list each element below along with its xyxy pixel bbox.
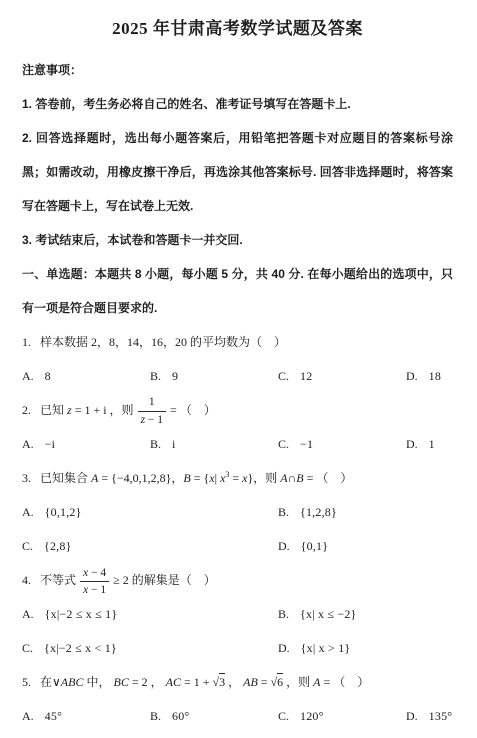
- notice-section: 注意事项： 1. 答卷前，考生务必将自己的姓名、准考证号填写在答题卡上. 2. …: [22, 53, 453, 257]
- option-text: {x|−2 ≤ x < 1}: [44, 641, 117, 655]
- math-variable: ABC: [61, 675, 84, 689]
- stem-text: 中，: [83, 675, 113, 689]
- fraction-numerator: 1: [138, 395, 166, 411]
- stem-text: 已知集合: [40, 471, 91, 485]
- math-fraction: 1z − 1: [138, 395, 166, 427]
- stem-text: ，: [225, 675, 243, 689]
- option-label: B.: [150, 369, 161, 383]
- option-row: A.{x|−2 ≤ x ≤ 1}B.{x| x ≤ −2}C.{x|−2 ≤ x…: [22, 597, 453, 665]
- question-2: 2.已知 z = 1 + i ，则1z − 1= （ ）A.−iB.iC.−1D…: [22, 393, 453, 461]
- fraction-denominator: x − 1: [80, 582, 109, 597]
- option-text: 1: [429, 437, 435, 451]
- option: B.{x| x ≤ −2}: [278, 597, 453, 631]
- stem-text: =: [258, 675, 271, 689]
- option-label: D.: [406, 437, 418, 451]
- option-text: 60°: [172, 709, 189, 723]
- option-label: D.: [406, 369, 418, 383]
- option-text: 135°: [429, 709, 453, 723]
- option: D.{x| x > 1}: [278, 631, 453, 665]
- notice-item-2: 2. 回答选择题时，选出每小题答案后，用铅笔把答题卡对应题目的答案标号涂黑；如需…: [22, 121, 453, 223]
- option-label: A.: [22, 607, 34, 621]
- math-variable: BC: [113, 675, 128, 689]
- option-text: −i: [45, 437, 56, 451]
- option-row: A.8B.9C.12D.18: [22, 359, 453, 393]
- stem-text: }，则: [247, 471, 280, 485]
- option-text: {x|−2 ≤ x ≤ 1}: [45, 607, 118, 621]
- math-variable: AB: [243, 675, 258, 689]
- option: A.−i: [22, 427, 150, 461]
- question-number: 5.: [22, 675, 31, 689]
- option-text: {0,1,2}: [45, 505, 82, 519]
- option-text: 45°: [45, 709, 62, 723]
- option: A.{0,1,2}: [22, 495, 278, 529]
- option: D.{0,1}: [278, 529, 453, 563]
- option: B.9: [150, 359, 278, 393]
- notice-item-3: 3. 考试结束后，本试卷和答题卡一并交回.: [22, 223, 453, 257]
- option-label: C.: [22, 641, 33, 655]
- option-text: −1: [300, 437, 313, 451]
- stem-text: = 1 +: [181, 675, 213, 689]
- fraction-numerator: x − 4: [80, 566, 109, 582]
- stem-text: 在∨: [40, 675, 61, 689]
- stem-text: = {: [191, 471, 210, 485]
- option-label: A.: [22, 709, 34, 723]
- option-label: C.: [22, 539, 33, 553]
- math-radical: √6: [271, 673, 284, 689]
- question-4: 4.不等式x − 4x − 1≥ 2 的解集是（ ）A.{x|−2 ≤ x ≤ …: [22, 563, 453, 665]
- math-variable: A: [313, 675, 320, 689]
- stem-text: =: [229, 471, 242, 485]
- option-row: A.{0,1,2}B.{1,2,8}C.{2,8}D.{0,1}: [22, 495, 453, 563]
- question-stem: 3.已知集合 A = {−4,0,1,2,8}，B = {x| x3 = x}，…: [22, 461, 453, 495]
- exam-page: 2025 年甘肃高考数学试题及答案 注意事项： 1. 答卷前，考生务必将自己的姓…: [0, 0, 477, 733]
- stem-text: 不等式: [40, 573, 76, 587]
- stem-text: 样本数据 2，8，14，16，20 的平均数为（ ）: [40, 335, 286, 349]
- option-text: {x| x ≤ −2}: [300, 607, 356, 621]
- stem-text: ∩: [288, 471, 297, 485]
- math-variable: AC: [166, 675, 181, 689]
- option-label: C.: [278, 369, 289, 383]
- option-label: A.: [22, 369, 34, 383]
- stem-text: = （ ）: [170, 403, 216, 417]
- question-number: 1.: [22, 335, 31, 349]
- math-radical: √3: [213, 673, 226, 689]
- option-text: {2,8}: [44, 539, 72, 553]
- question-5: 5.在∨ABC 中， BC = 2 ， AC = 1 + √3 ， AB = √…: [22, 665, 453, 733]
- stem-text: ≥ 2 的解集是（ ）: [113, 573, 216, 587]
- option: C.{x|−2 ≤ x < 1}: [22, 631, 278, 665]
- option: A.8: [22, 359, 150, 393]
- option-text: 18: [429, 369, 441, 383]
- notice-heading: 注意事项：: [22, 53, 453, 87]
- stem-text: ，则: [283, 675, 313, 689]
- option: C.−1: [278, 427, 406, 461]
- stem-text: = 1 + i ，则: [72, 403, 134, 417]
- option: D.135°: [406, 699, 453, 733]
- question-3: 3.已知集合 A = {−4,0,1,2,8}，B = {x| x3 = x}，…: [22, 461, 453, 563]
- option: B.60°: [150, 699, 278, 733]
- section-heading: 一、单选题：本题共 8 小题，每小题 5 分，共 40 分. 在每小题给出的选项…: [22, 257, 453, 325]
- option: D.18: [406, 359, 453, 393]
- question-stem: 1.样本数据 2，8，14，16，20 的平均数为（ ）: [22, 325, 453, 359]
- option-text: {1,2,8}: [300, 505, 337, 519]
- option: C.{2,8}: [22, 529, 278, 563]
- option-label: B.: [150, 709, 161, 723]
- stem-text: = （ ）: [321, 675, 370, 689]
- stem-text: − 4: [88, 567, 106, 579]
- option-text: {0,1}: [301, 539, 329, 553]
- option: A.45°: [22, 699, 150, 733]
- option-label: C.: [278, 709, 289, 723]
- stem-text: = 2 ，: [129, 675, 166, 689]
- option-label: B.: [150, 437, 161, 451]
- page-title: 2025 年甘肃高考数学试题及答案: [22, 14, 453, 39]
- question-stem: 4.不等式x − 4x − 1≥ 2 的解集是（ ）: [22, 563, 453, 597]
- question-list: 1.样本数据 2，8，14，16，20 的平均数为（ ）A.8B.9C.12D.…: [22, 325, 453, 733]
- math-variable: B: [296, 471, 303, 485]
- option-label: B.: [278, 505, 289, 519]
- option-label: C.: [278, 437, 289, 451]
- stem-text: 已知: [40, 403, 67, 417]
- option-label: A.: [22, 505, 34, 519]
- math-fraction: x − 4x − 1: [80, 566, 109, 598]
- math-variable: A: [280, 471, 287, 485]
- option: A.{x|−2 ≤ x ≤ 1}: [22, 597, 278, 631]
- question-1: 1.样本数据 2，8，14，16，20 的平均数为（ ）A.8B.9C.12D.…: [22, 325, 453, 393]
- option: C.12: [278, 359, 406, 393]
- option: B.i: [150, 427, 278, 461]
- math-variable: B: [183, 471, 190, 485]
- option-label: D.: [278, 539, 290, 553]
- fraction-denominator: z − 1: [138, 412, 166, 427]
- option-label: B.: [278, 607, 289, 621]
- option-text: 12: [300, 369, 312, 383]
- option: C.120°: [278, 699, 406, 733]
- stem-text: = （ ）: [304, 471, 353, 485]
- question-stem: 5.在∨ABC 中， BC = 2 ， AC = 1 + √3 ， AB = √…: [22, 665, 453, 699]
- stem-text: 1: [149, 396, 155, 408]
- option-text: 9: [172, 369, 178, 383]
- option-text: {x| x > 1}: [301, 641, 351, 655]
- option-row: A.45°B.60°C.120°D.135°: [22, 699, 453, 733]
- stem-text: − 1: [145, 414, 163, 426]
- stem-text: = {−4,0,1,2,8}，: [98, 471, 183, 485]
- question-stem: 2.已知 z = 1 + i ，则1z − 1= （ ）: [22, 393, 453, 427]
- option: B.{1,2,8}: [278, 495, 453, 529]
- option-text: 120°: [300, 709, 324, 723]
- question-number: 4.: [22, 573, 31, 587]
- question-number: 3.: [22, 471, 31, 485]
- option: D.1: [406, 427, 453, 461]
- stem-text: − 1: [88, 584, 106, 596]
- option-text: 8: [45, 369, 51, 383]
- option-row: A.−iB.iC.−1D.1: [22, 427, 453, 461]
- option-label: D.: [406, 709, 418, 723]
- question-number: 2.: [22, 403, 31, 417]
- option-text: i: [172, 437, 176, 451]
- option-label: A.: [22, 437, 34, 451]
- notice-item-1: 1. 答卷前，考生务必将自己的姓名、准考证号填写在答题卡上.: [22, 87, 453, 121]
- option-label: D.: [278, 641, 290, 655]
